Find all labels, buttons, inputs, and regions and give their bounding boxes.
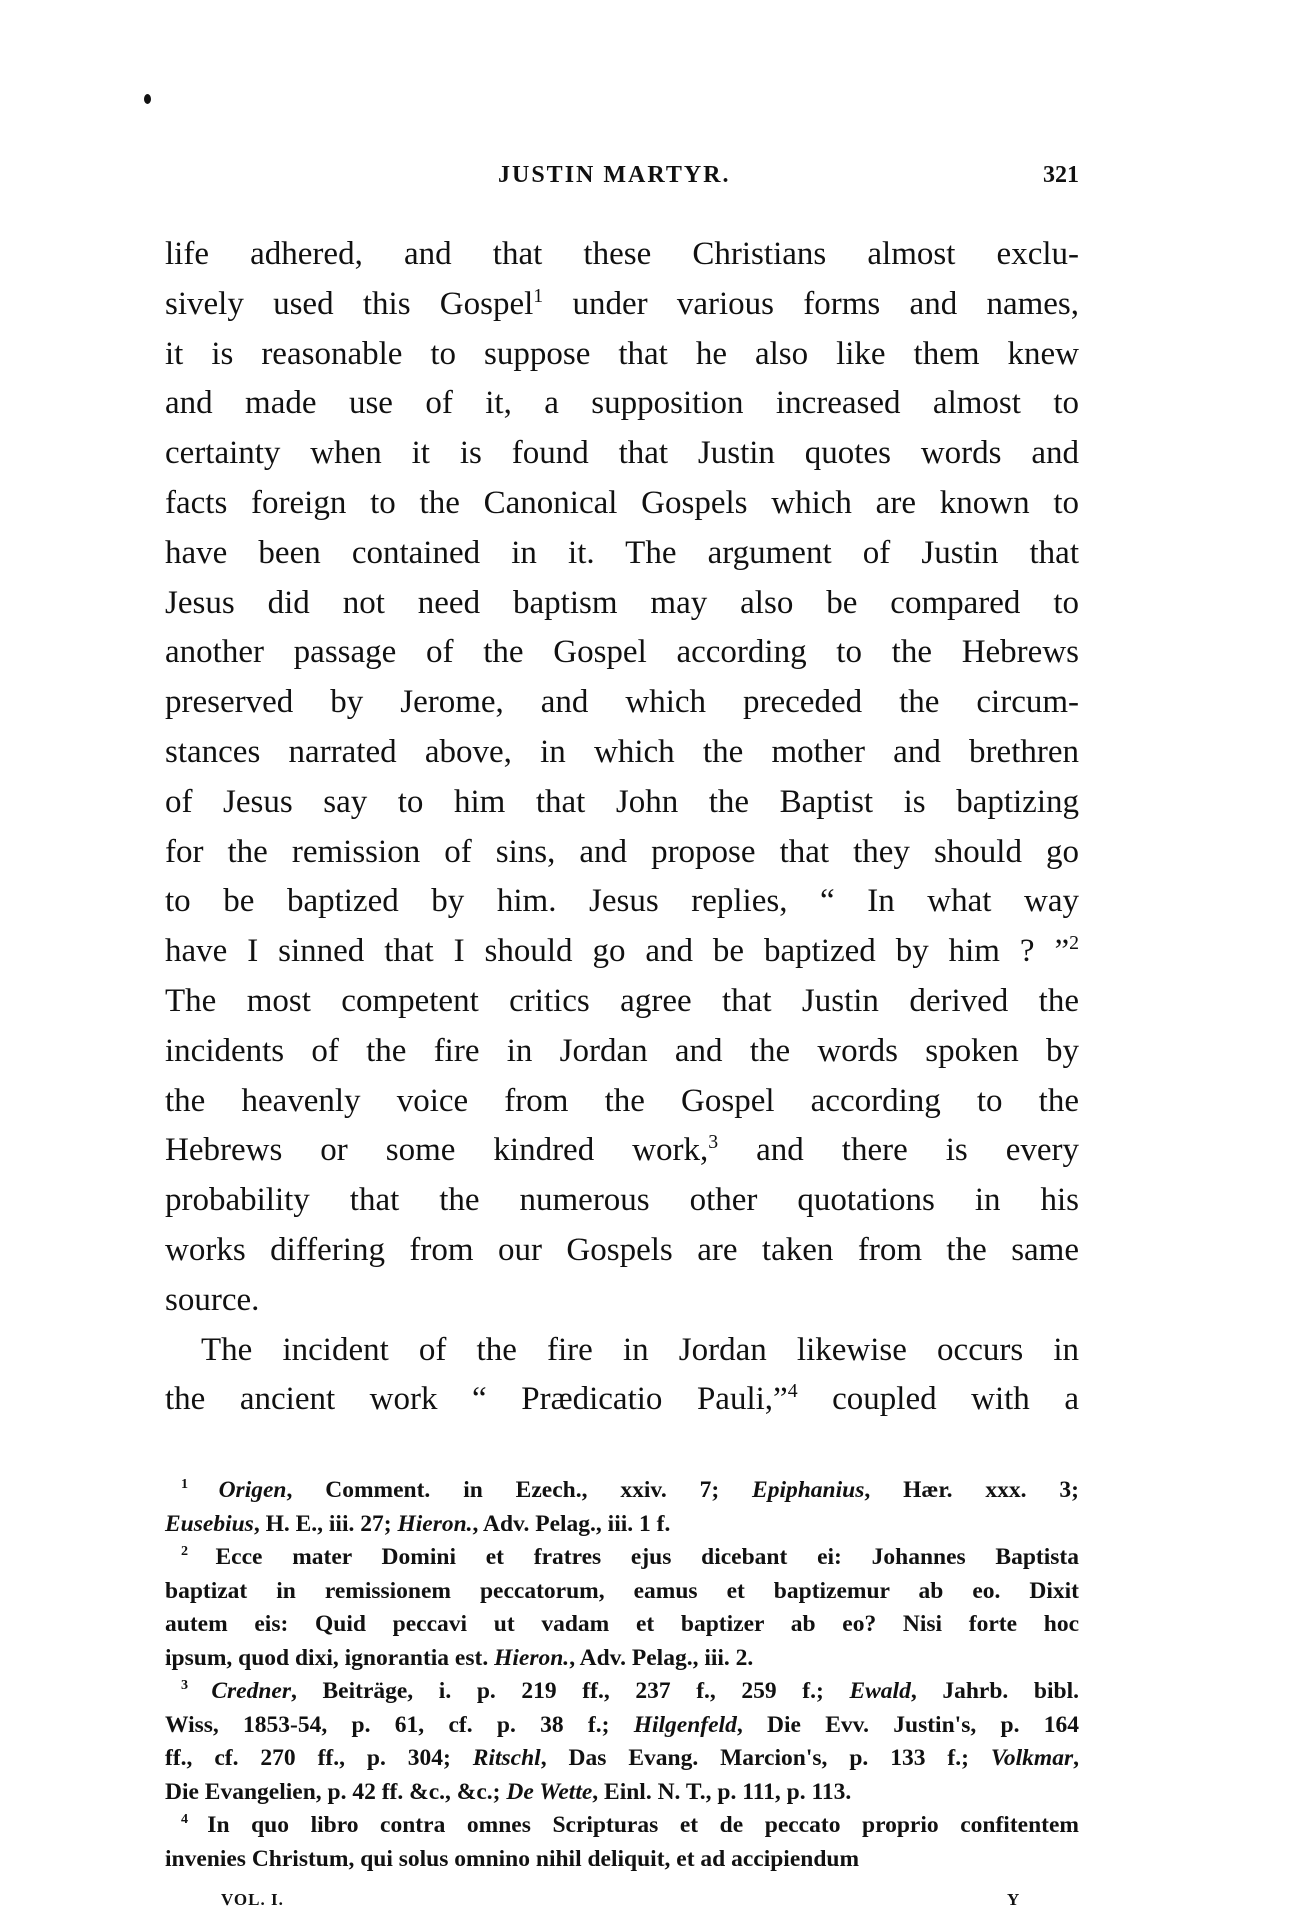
footnote-line: ff., cf. 270 ff., p. 304; Ritschl, Das E… [165,1742,1079,1776]
line-text: for the remission of sins, and propose t… [165,834,1079,870]
page-footer: VOL. I. Y [165,1890,1079,1918]
running-head-title: JUSTIN MARTYR. [498,162,731,189]
body-line: sively used this Gospel1 under various f… [165,280,1079,330]
body-line: for the remission of sins, and propose t… [165,828,1079,878]
footnote-ref[interactable]: 2 [1069,932,1079,954]
footnote-text: , Adv. Pelag., iii. 1 f. [473,1511,671,1537]
body-line: The most competent critics agree that Ju… [165,977,1079,1027]
line-text: coupled with a [832,1381,1079,1417]
footnote-line: Die Evangelien, p. 42 ff. &c., &c.; De W… [165,1776,1079,1810]
body-line: to be baptized by him. Jesus replies, “ … [165,877,1079,927]
footnote-ref[interactable]: 1 [533,285,543,307]
body-line: probability that the numerous other quot… [165,1176,1079,1226]
line-text: have been contained in it. The argument … [165,535,1079,571]
line-text: and made use of it, a supposition increa… [165,385,1079,421]
footnote-line: Wiss, 1853-54, p. 61, cf. p. 38 f.; Hilg… [165,1709,1079,1743]
footnote-text: Wiss, 1853-54, p. 61, cf. p. 38 f.; [165,1712,634,1738]
body-line: works differing from our Gospels are tak… [165,1226,1079,1276]
footnote-text: ff., cf. 270 ff., p. 304; [165,1745,473,1771]
footnote-line: 4 In quo libro contra omnes Scripturas e… [165,1809,1079,1843]
footnote-text: , Hær. xxx. 3; [864,1477,1079,1503]
stray-mark [144,94,151,104]
footnote-text: , Beiträge, i. p. 219 ff., 237 f., 259 f… [291,1678,849,1704]
body-line: life adhered, and that these Christians … [165,230,1079,280]
line-text: certainty when it is found that Justin q… [165,435,1079,471]
body-line: have I sinned that I should go and be ba… [165,927,1079,977]
footnote-line: ipsum, quod dixi, ignorantia est. Hieron… [165,1642,1079,1676]
footnote-line: Eusebius, H. E., iii. 27; Hieron., Adv. … [165,1508,1079,1542]
body-line: stances narrated above, in which the mot… [165,728,1079,778]
citation-author: Origen [219,1477,287,1503]
footnote-text: baptizat in remissionem peccatorum, eamu… [165,1578,1079,1604]
footnote-text: , [1073,1745,1079,1771]
footnote-marker: 3 [181,1677,211,1693]
footnote-text: invenies Christum, qui solus omnino nihi… [165,1846,859,1872]
body-line: facts foreign to the Canonical Gospels w… [165,479,1079,529]
footnote-text: Ecce mater Domini et fratres ejus diceba… [215,1544,1079,1570]
footnote-ref[interactable]: 4 [788,1380,798,1402]
citation-author: Hieron. [494,1645,569,1671]
footnote-text: , Die Evv. Justin's, p. 164 [737,1712,1079,1738]
body-line: source. [165,1276,1079,1326]
body-line: the heavenly voice from the Gospel accor… [165,1077,1079,1127]
line-text: The incident of the fire in Jordan likew… [201,1332,1079,1368]
body-line: certainty when it is found that Justin q… [165,429,1079,479]
citation-author: Ewald [849,1678,910,1704]
footnote-text: , Adv. Pelag., iii. 2. [569,1645,753,1671]
line-text: life adhered, and that these Christians … [165,236,1079,272]
footnote-line: baptizat in remissionem peccatorum, eamu… [165,1575,1079,1609]
body-line: have been contained in it. The argument … [165,529,1079,579]
line-text: the ancient work “ Prædicatio Pauli,” [165,1381,788,1417]
body-line: it is reasonable to suppose that he also… [165,330,1079,380]
footnote-line: invenies Christum, qui solus omnino nihi… [165,1843,1079,1877]
footnote-text: Die Evangelien, p. 42 ff. &c., &c.; [165,1779,506,1805]
footnote-text: , Jahrb. bibl. [911,1678,1079,1704]
citation-author: Epiphanius [752,1477,864,1503]
footnote-line: 1 Origen, Comment. in Ezech., xxiv. 7; E… [165,1474,1079,1508]
footnote-line: autem eis: Quid peccavi ut vadam et bapt… [165,1608,1079,1642]
line-text: of Jesus say to him that John the Baptis… [165,784,1079,820]
citation-author: De Wette [506,1779,592,1805]
citation-author: Volkmar [991,1745,1073,1771]
line-text: another passage of the Gospel according … [165,634,1079,670]
body-line: Jesus did not need baptism may also be c… [165,579,1079,629]
line-text: the heavenly voice from the Gospel accor… [165,1083,1079,1119]
body-text: life adhered, and that these Christians … [165,230,1079,1425]
body-line: Hebrews or some kindred work,3 and there… [165,1126,1079,1176]
line-text: incidents of the fire in Jordan and the … [165,1033,1079,1069]
footnote-text: ipsum, quod dixi, ignorantia est. [165,1645,494,1671]
footnote-marker: 1 [181,1476,219,1492]
citation-author: Hieron. [397,1511,472,1537]
footnote-line: 3 Credner, Beiträge, i. p. 219 ff., 237 … [165,1675,1079,1709]
line-text: sively used this Gospel [165,286,533,322]
line-text: Jesus did not need baptism may also be c… [165,585,1079,621]
line-text: probability that the numerous other quot… [165,1182,1079,1218]
citation-author: Hilgenfeld [634,1712,737,1738]
line-text: it is reasonable to suppose that he also… [165,336,1079,372]
line-text: facts foreign to the Canonical Gospels w… [165,485,1079,521]
body-line: incidents of the fire in Jordan and the … [165,1027,1079,1077]
line-text: and there is every [756,1132,1079,1168]
citation-author: Ritschl [473,1745,541,1771]
line-text: preserved by Jerome, and which preceded … [165,684,1079,720]
line-text: Hebrews or some kindred work, [165,1132,708,1168]
line-text: source. [165,1282,259,1318]
body-line: The incident of the fire in Jordan likew… [165,1326,1079,1376]
citation-author: Eusebius [165,1511,254,1537]
footnote-text: , Das Evang. Marcion's, p. 133 f.; [541,1745,991,1771]
footnote-text: autem eis: Quid peccavi ut vadam et bapt… [165,1611,1079,1637]
line-text: to be baptized by him. Jesus replies, “ … [165,883,1079,919]
line-text: under various forms and names, [572,286,1079,322]
citation-author: Credner [211,1678,291,1704]
body-line: another passage of the Gospel according … [165,628,1079,678]
footnote-text: , Einl. N. T., p. 111, p. 113. [592,1779,851,1805]
line-text: The most competent critics agree that Ju… [165,983,1079,1019]
line-text: stances narrated above, in which the mot… [165,734,1079,770]
footnote-text: In quo libro contra omnes Scripturas et … [207,1812,1079,1838]
running-head: JUSTIN MARTYR. 321 [165,162,1079,196]
page-number: 321 [1043,162,1079,189]
volume-signature: VOL. I. [221,1890,284,1910]
footnote-text: , H. E., iii. 27; [254,1511,398,1537]
footnote-line: 2 Ecce mater Domini et fratres ejus dice… [165,1541,1079,1575]
footnote-marker: 4 [181,1811,207,1827]
footnote-text: , Comment. in Ezech., xxiv. 7; [286,1477,752,1503]
gathering-signature: Y [1007,1890,1019,1910]
footnotes: 1 Origen, Comment. in Ezech., xxiv. 7; E… [165,1474,1079,1876]
body-line: of Jesus say to him that John the Baptis… [165,778,1079,828]
line-text: have I sinned that I should go and be ba… [165,933,1069,969]
body-line: the ancient work “ Prædicatio Pauli,”4 c… [165,1375,1079,1425]
body-line: preserved by Jerome, and which preceded … [165,678,1079,728]
footnote-ref[interactable]: 3 [708,1131,718,1153]
body-line: and made use of it, a supposition increa… [165,379,1079,429]
line-text: works differing from our Gospels are tak… [165,1232,1079,1268]
footnote-marker: 2 [181,1543,215,1559]
